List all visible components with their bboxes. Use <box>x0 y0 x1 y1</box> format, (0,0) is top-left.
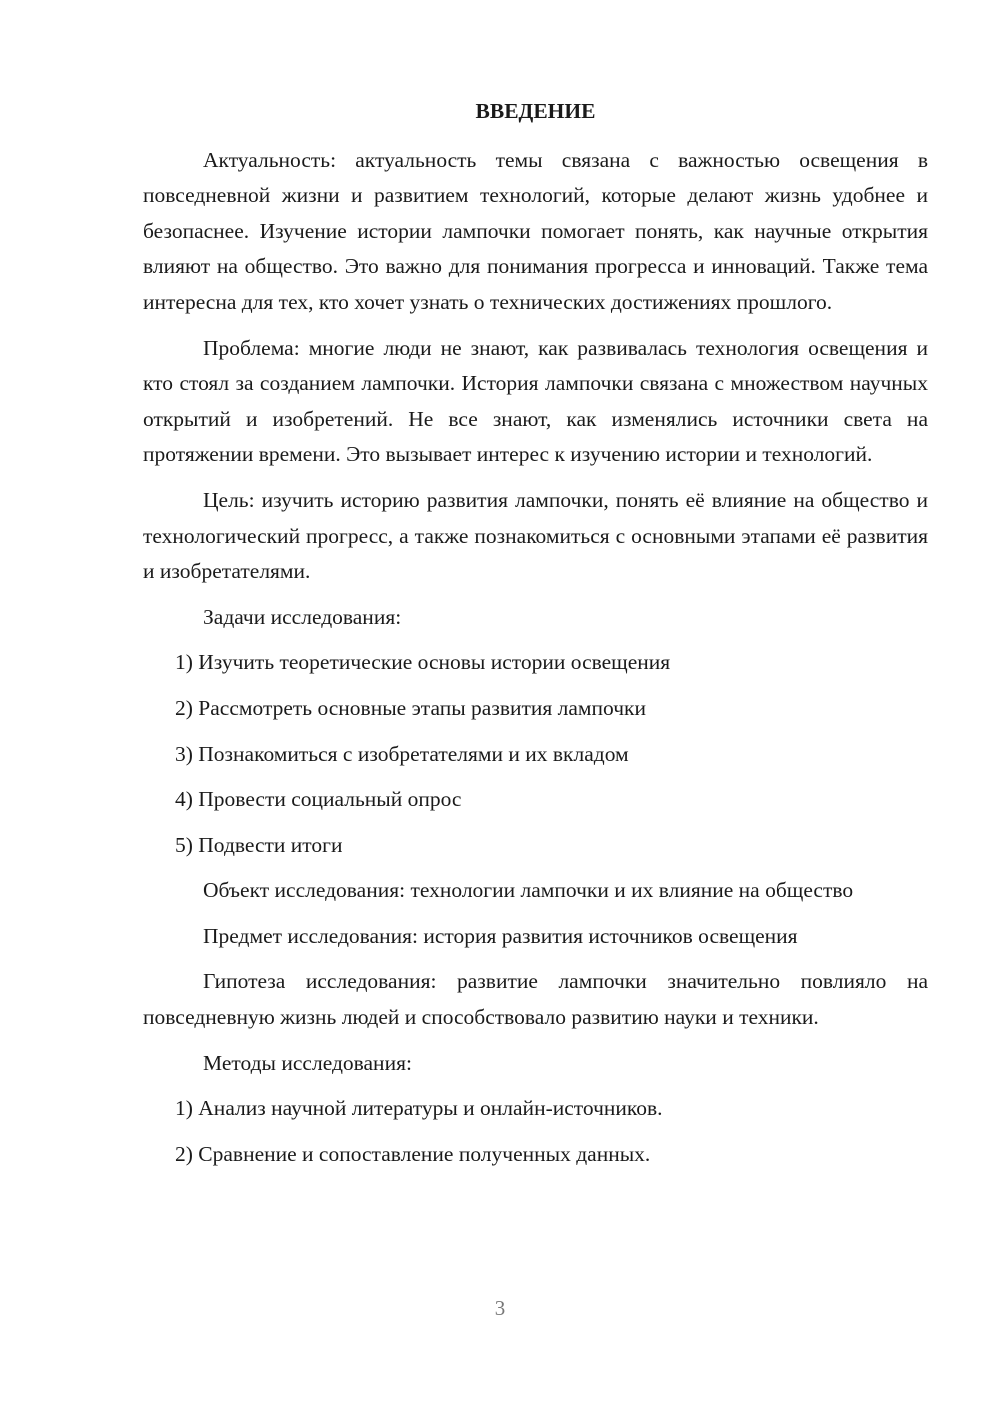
list-item: 5) Подвести итоги <box>143 828 928 864</box>
methods-heading: Методы исследования: <box>143 1046 928 1082</box>
page-number: 3 <box>0 1296 1000 1321</box>
list-item: 3) Познакомиться с изобретателями и их в… <box>143 737 928 773</box>
list-item: 2) Рассмотреть основные этапы развития л… <box>143 691 928 727</box>
list-item: 2) Сравнение и сопоставление полученных … <box>143 1137 928 1173</box>
object-paragraph: Объект исследования: технологии лампочки… <box>143 873 928 909</box>
problem-paragraph: Проблема: многие люди не знают, как разв… <box>143 331 928 473</box>
list-item: 1) Изучить теоретические основы истории … <box>143 645 928 681</box>
document-page: ВВЕДЕНИЕ Актуальность: актуальность темы… <box>143 94 928 1182</box>
section-title: ВВЕДЕНИЕ <box>143 94 928 130</box>
list-item: 1) Анализ научной литературы и онлайн-ис… <box>143 1091 928 1127</box>
goal-paragraph: Цель: изучить историю развития лампочки,… <box>143 483 928 590</box>
list-item: 4) Провести социальный опрос <box>143 782 928 818</box>
hypothesis-paragraph: Гипотеза исследования: развитие лампочки… <box>143 964 928 1035</box>
subject-paragraph: Предмет исследования: история развития и… <box>143 919 928 955</box>
relevance-paragraph: Актуальность: актуальность темы связана … <box>143 143 928 321</box>
methods-list: 1) Анализ научной литературы и онлайн-ис… <box>143 1091 928 1172</box>
tasks-heading: Задачи исследования: <box>143 600 928 636</box>
tasks-list: 1) Изучить теоретические основы истории … <box>143 645 928 863</box>
